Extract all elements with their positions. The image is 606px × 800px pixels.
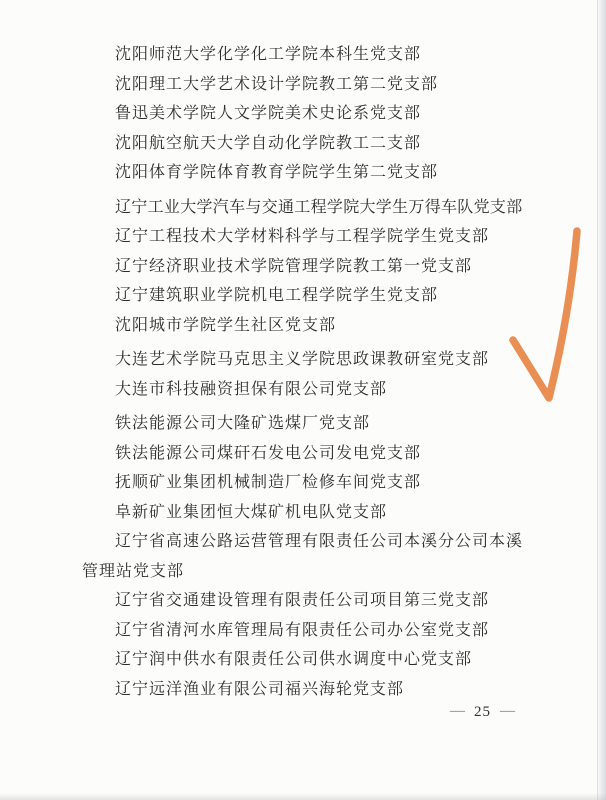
list-item: 沈阳理工大学艺术设计学院教工第二党支部 xyxy=(82,70,532,100)
footer-right-dash: — xyxy=(500,703,515,720)
scanned-document-page: 沈阳师范大学化学化工学院本科生党支部 沈阳理工大学艺术设计学院教工第二党支部 鲁… xyxy=(0,0,606,800)
list-item: 沈阳师范大学化学化工学院本科生党支部 xyxy=(82,40,532,70)
list-item: 辽宁经济职业技术学院管理学院教工第一党支部 xyxy=(82,252,532,282)
list-item: 辽宁润中供水有限责任公司供水调度中心党支部 xyxy=(82,645,532,675)
page-number: 25 xyxy=(474,704,491,721)
page-number-footer: — 25 — xyxy=(450,704,515,721)
list-item: 辽宁省高速公路运营管理有限责任公司本溪分公司本溪管理站党支部 xyxy=(82,527,532,586)
list-item: 大连市科技融资担保有限公司党支部 xyxy=(82,375,532,405)
party-branch-list: 沈阳师范大学化学化工学院本科生党支部 沈阳理工大学艺术设计学院教工第二党支部 鲁… xyxy=(82,40,532,704)
list-item: 阜新矿业集团恒大煤矿机电队党支部 xyxy=(82,498,532,528)
list-item: 铁法能源公司大隆矿选煤厂党支部 xyxy=(82,409,532,439)
list-item: 铁法能源公司煤矸石发电公司发电党支部 xyxy=(82,439,532,469)
list-item: 辽宁工程技术大学材料科学与工程学院学生党支部 xyxy=(82,222,532,252)
footer-left-dash: — xyxy=(450,703,465,720)
scan-page-bottom-shadow xyxy=(0,793,606,800)
list-item: 沈阳城市学院学生社区党支部 xyxy=(82,311,532,341)
list-item: 辽宁工业大学汽车与交通工程学院大学生万得车队党支部 xyxy=(82,193,532,223)
list-item: 沈阳体育学院体育教育学院学生第二党支部 xyxy=(82,158,532,188)
list-item: 抚顺矿业集团机械制造厂检修车间党支部 xyxy=(82,468,532,498)
list-item: 辽宁省清河水库管理局有限责任公司办公室党支部 xyxy=(82,616,532,646)
list-item: 辽宁远洋渔业有限公司福兴海轮党支部 xyxy=(82,675,532,705)
list-item: 大连艺术学院马克思主义学院思政课教研室党支部 xyxy=(82,345,532,375)
scan-page-right-edge xyxy=(597,0,606,800)
list-item: 辽宁省交通建设管理有限责任公司项目第三党支部 xyxy=(82,586,532,616)
list-item: 辽宁建筑职业学院机电工程学院学生党支部 xyxy=(82,281,532,311)
list-item: 鲁迅美术学院人文学院美术史论系党支部 xyxy=(82,99,532,129)
list-item: 沈阳航空航天大学自动化学院教工二支部 xyxy=(82,129,532,159)
